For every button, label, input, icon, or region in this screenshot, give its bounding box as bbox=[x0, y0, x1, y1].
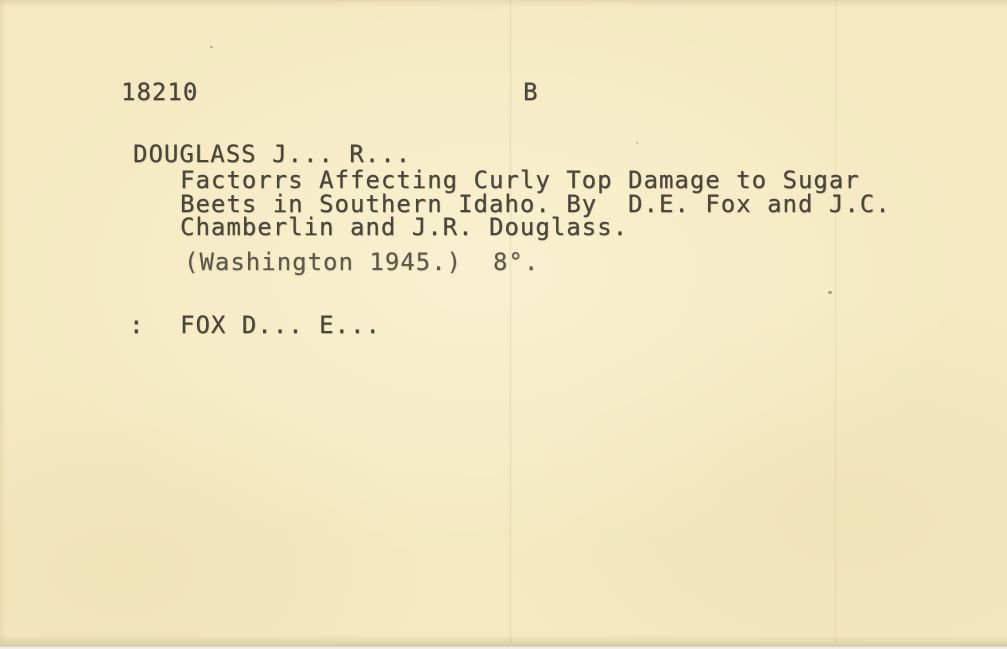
imprint-line: (Washington 1945.) 8°. bbox=[184, 250, 539, 274]
cross-reference-marker: : bbox=[129, 313, 144, 337]
catalog-card: 18210 B DOUGLASS J... R... Factorrs Affe… bbox=[0, 0, 1007, 649]
title-line-3: Chamberlin and J.R. Douglass. bbox=[180, 215, 628, 239]
paper-speck bbox=[210, 46, 213, 48]
author-heading: DOUGLASS J... R... bbox=[133, 142, 411, 166]
paper-speck bbox=[636, 142, 638, 144]
paper-speck bbox=[828, 291, 832, 294]
section-letter: B bbox=[523, 80, 538, 104]
title-line-1: Factorrs Affecting Curly Top Damage to S… bbox=[180, 168, 860, 192]
scan-bottom-edge bbox=[0, 645, 1007, 649]
call-number: 18210 bbox=[121, 80, 198, 104]
cross-reference-name: FOX D... E... bbox=[180, 313, 381, 337]
